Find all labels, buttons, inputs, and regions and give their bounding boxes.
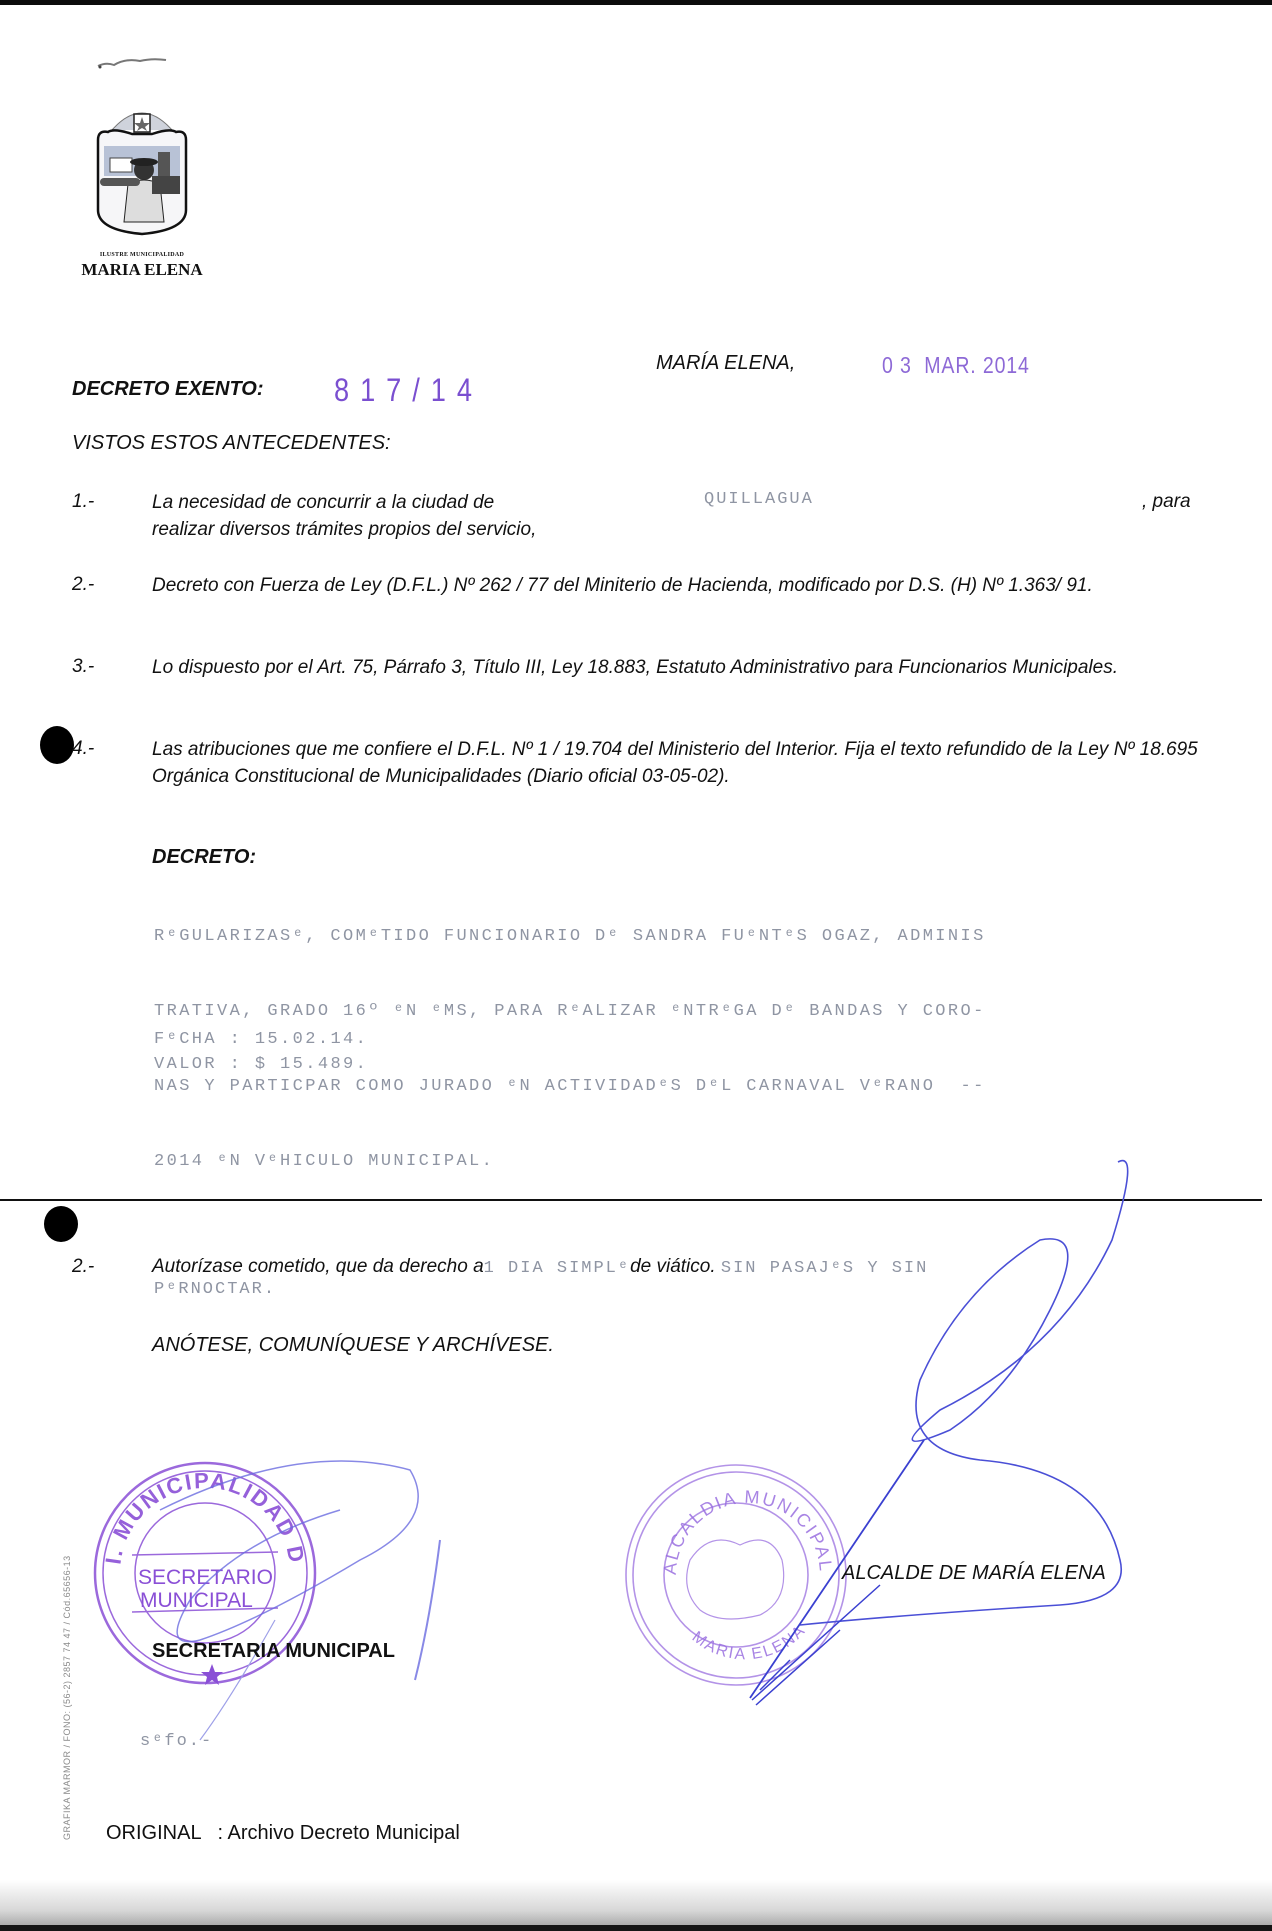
antecedente-number: 2.-: [72, 574, 94, 596]
autorizacion-text-after: de viático.: [630, 1256, 716, 1277]
seal-inner-text-2: MUNICIPAL: [140, 1589, 253, 1612]
antecedente-number: 3.-: [72, 656, 94, 678]
decreto-line: TRATIVA, GRADO 16º ᵉN ᵉMS, PARA RᵉALIZAR…: [154, 999, 986, 1024]
valor-value: $ 15.489.: [255, 1055, 368, 1074]
decreto-details: FᵉCHA : 15.02.14. VALOR : $ 15.489.: [154, 1027, 368, 1077]
decree-number-stamp: 8 1 7 / 1 4: [334, 372, 474, 409]
antecedente-item-1: La necesidad de concurrir a la ciudad de: [152, 489, 1202, 516]
scan-bottom-shadow: [0, 1880, 1272, 1931]
alcaldia-seal-bottom-text: MARIA ELENA: [689, 1622, 810, 1664]
antecedente-item-2: Decreto con Fuerza de Ley (D.F.L.) Nº 26…: [152, 572, 1202, 599]
ink-smudge: [96, 56, 168, 70]
autorizacion-number: 2.-: [72, 1256, 94, 1278]
punch-hole-mark: [44, 1206, 78, 1242]
distribution-value: : Archivo Decreto Municipal: [218, 1822, 460, 1844]
vistos-heading: VISTOS ESTOS ANTECEDENTES:: [72, 432, 391, 455]
typed-extra: SIN PASAJᵉS Y SIN: [721, 1259, 928, 1278]
city-date-label: MARÍA ELENA,: [656, 352, 795, 375]
autorizacion-text-before: Autorízase cometido, que da derecho a: [152, 1256, 484, 1277]
antecedente-1-line2: realizar diversos trámites propios del s…: [152, 516, 1202, 543]
distribution-label: ORIGINAL: [106, 1822, 201, 1844]
svg-text:ALCALDIA MUNICIPAL: ALCALDIA MUNICIPAL: [660, 1487, 836, 1576]
logo-subtitle: ILUSTRE MUNICIPALIDAD: [72, 252, 212, 258]
autorizacion-line: Autorízase cometido, que da derecho a1 D…: [152, 1256, 928, 1278]
closing-formula: ANÓTESE, COMUNÍQUESE Y ARCHÍVESE.: [152, 1334, 554, 1357]
antecedente-number: 4.-: [72, 738, 94, 760]
secretaria-title: SECRETARIA MUNICIPAL: [152, 1640, 395, 1663]
decree-exento-label: DECRETO EXENTO:: [72, 378, 264, 401]
decreto-line: 2014 ᵉN VᵉHICULO MUNICIPAL.: [154, 1149, 986, 1174]
printer-credit: GRAFIKA MARMOR / FONO: (56-2) 2857 74 47…: [62, 1555, 72, 1840]
typed-pernoctar: PᵉRNOCTAR.: [154, 1280, 276, 1299]
distribution-line: ORIGINAL : Archivo Decreto Municipal: [106, 1822, 460, 1845]
antecedente-number: 1.-: [72, 491, 94, 513]
alcalde-title: ALCALDE DE MARÍA ELENA: [842, 1562, 1106, 1585]
logo-municipality-name: MARIA ELENA: [70, 260, 214, 280]
scan-top-edge: [0, 0, 1272, 5]
antecedente-item-4: Las atribuciones que me confiere el D.F.…: [152, 736, 1202, 790]
typist-initials: sᵉfo.-: [140, 1732, 213, 1751]
punch-hole-mark: [40, 726, 74, 764]
valor-label: VALOR :: [154, 1055, 242, 1074]
alcaldia-seal-top-text: ALCALDIA MUNICIPAL: [660, 1487, 836, 1576]
svg-text:MARIA ELENA: MARIA ELENA: [689, 1622, 810, 1664]
decreto-line: NAS Y PARTICPAR COMO JURADO ᵉN ACTIVIDAD…: [154, 1074, 986, 1099]
typed-city: QUILLAGUA: [704, 490, 814, 509]
decreto-heading: DECRETO:: [152, 846, 256, 869]
date-stamp: 0 3 MAR. 2014: [882, 352, 1030, 379]
fecha-value: 15.02.14.: [255, 1030, 368, 1049]
antecedente-item-3: Lo dispuesto por el Art. 75, Párrafo 3, …: [152, 654, 1202, 681]
decreto-line: RᵉGULARIZASᵉ, COMᵉTIDO FUNCIONARIO Dᵉ SA…: [154, 924, 986, 949]
antecedente-1-suffix: , para: [1142, 491, 1191, 513]
horizontal-divider: [0, 1199, 1262, 1201]
fecha-label: FᵉCHA :: [154, 1030, 242, 1049]
typed-days: 1 DIA SIMPLᵉ: [484, 1259, 630, 1278]
antecedente-1-text: La necesidad de concurrir a la ciudad de: [152, 492, 494, 513]
municipality-coat-of-arms-logo: [92, 100, 192, 242]
scan-bottom-edge: [0, 1925, 1272, 1931]
seal-inner-text-1: SECRETARIO: [138, 1566, 273, 1589]
